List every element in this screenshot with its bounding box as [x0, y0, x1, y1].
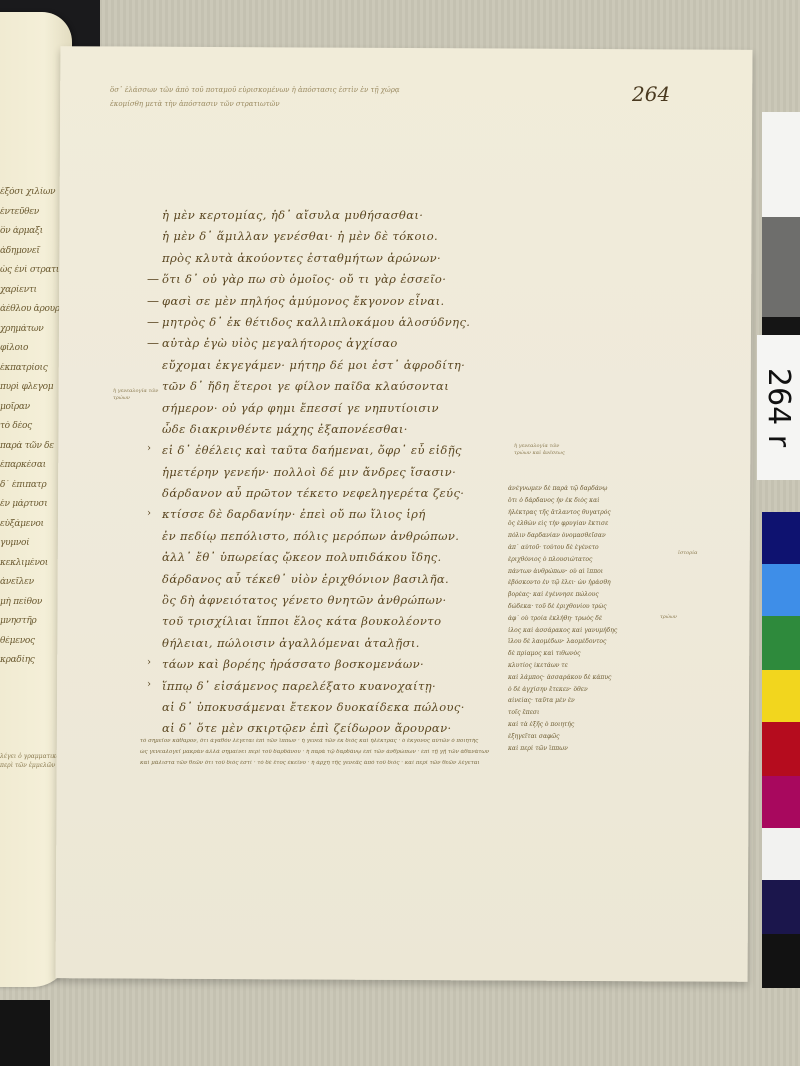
commentary-line: ἀπ᾽ αὐτοῦ· τούτου δὲ ἐγένετο — [508, 544, 648, 556]
main-text-block: ἠ μὲν κερτομίας, ἠδ᾽ αἴσυλα μυθήσασθαι·ἡ… — [162, 208, 502, 743]
swatch-mid-gray — [762, 217, 800, 317]
bottom-marginal-notes: τὸ σημεῖον κάθαρον, ὅτι ἀγαθὸν λέγεται ἐ… — [140, 738, 660, 771]
main-text-line: πρὸς κλυτὰ ἀκούοντες ἐσταθμήτων ἀρώνων· — [162, 251, 502, 272]
main-text-line: ἐν πεδίῳ πεπόλιστο, πόλις μερόπων ἀνθρώπ… — [162, 529, 502, 550]
left-margin-note: ἡ γενεαλογία τῶν τρώων — [113, 388, 161, 402]
commentary-line: ὅτι ὁ δάρδανος ἦν ἐκ διὸς καὶ — [508, 497, 648, 509]
bottom-note-line: καὶ μάλιστα τῶν θεῶν ὅτι τοῦ διὸς ἐστὶ ·… — [140, 760, 660, 771]
dark-background-bottom — [0, 1000, 50, 1066]
main-text-line: τῶν δ᾽ ἤδη ἕτεροι γε φίλον παῖδα κλαύσον… — [162, 379, 502, 400]
swatch-navy — [762, 512, 800, 564]
commentary-line: ἐριχθόνιος ὁ πλουσιώτατος — [508, 556, 648, 568]
right-margin-note-small: ἡ γενεαλογία τῶν τρώων καὶ ἀνέσεως — [514, 443, 574, 457]
right-far-note-1: ἱστορία — [678, 550, 697, 556]
arrow-mark-icon: › — [147, 508, 151, 519]
commentary-line: δὲ πρίαμος καὶ τιθωνὸς — [508, 650, 648, 662]
commentary-line: ἶλος καὶ ἀσσάρακος καὶ γανυμήδης — [508, 627, 648, 639]
main-text-line: ὅτι δ᾽ οὐ γὰρ πω σὺ ὁμοῖος· οὔ τι γὰρ ἐσ… — [162, 272, 502, 293]
main-text-line: ἠ μὲν κερτομίας, ἠδ᾽ αἴσυλα μυθήσασθαι· — [162, 208, 502, 229]
main-text-line: δάρδανος αὖ τέκεθ᾽ υἱὸν ἐριχθόνιον βασιλ… — [162, 572, 502, 593]
commentary-line: καὶ τὰ ἑξῆς ὁ ποιητής — [508, 721, 648, 733]
dash-mark-icon: — — [147, 272, 159, 286]
swatch-black-2 — [762, 934, 800, 988]
commentary-line: πάντων ἀνθρώπων· οὗ αἱ ἵπποι — [508, 568, 648, 580]
main-text-line: φασὶ σε μὲν πηλήος ἀμύμονος ἔκγονον εἶνα… — [162, 294, 502, 315]
bottom-note-line: τὸ σημεῖον κάθαρον, ὅτι ἀγαθὸν λέγεται ἐ… — [140, 738, 660, 749]
swatch-dark-indigo — [762, 880, 800, 934]
commentary-line: ἀφ᾽ οὗ τροία ἐκλήθη· τρωὸς δὲ — [508, 615, 648, 627]
swatch-white — [762, 112, 800, 217]
main-text-line: εἰ δ᾽ ἐθέλεις καὶ ταῦτα δαήμεναι, ὄφρ᾽ ε… — [162, 443, 502, 464]
main-text-line: σήμερον· οὐ γάρ φημι ἔπεσσί γε νηπυτίοισ… — [162, 401, 502, 422]
main-text-line: τοῦ τρισχίλιαι ἵπποι ἕλος κάτα βουκολέον… — [162, 614, 502, 635]
commentary-line: βορέας· καὶ ἐγέννησε πώλους — [508, 591, 648, 603]
dash-mark-icon: — — [147, 294, 159, 308]
main-text-line: δάρδανον αὖ πρῶτον τέκετο νεφεληγερέτα ζ… — [162, 486, 502, 507]
right-far-note-2: τρώων — [660, 614, 677, 620]
commentary-line: καὶ λάμπος· ἀσσαράκου δὲ κάπυς — [508, 674, 648, 686]
main-text-line: ὃς δὴ ἀφνειότατος γένετο θνητῶν ἀνθρώπων… — [162, 593, 502, 614]
main-text-line: ἡ μὲν δ᾽ ἅμιλλαν γενέσθαι· ἡ μὲν δὲ τόκο… — [162, 229, 502, 250]
main-text-line: κτίσσε δὲ δαρδανίην· ἐπεὶ οὔ πω ἴλιος ἱρ… — [162, 507, 502, 528]
swatch-magenta — [762, 776, 800, 828]
swatch-green — [762, 616, 800, 670]
main-text-line: ἀλλ᾽ ἔθ᾽ ὑπωρείας ᾤκεον πολυπιδάκου ἴδης… — [162, 550, 502, 571]
commentary-line: τοῖς ἔπεσι — [508, 709, 648, 721]
arrow-mark-icon: › — [147, 657, 151, 668]
commentary-line: ὁ δὲ ἀγχίσην ἔτεκεν· ὅθεν — [508, 686, 648, 698]
commentary-line: δώδεκα· τοῦ δὲ ἐριχθονίου τρὼς — [508, 603, 648, 615]
swatch-white-2 — [762, 828, 800, 880]
folio-label: 264 r — [761, 368, 796, 447]
folio-label-card: 264 r — [757, 335, 800, 480]
dash-mark-icon: — — [147, 315, 159, 329]
commentary-line: ὃς ἐλθὼν εἰς τὴν φρυγίαν ἔκτισε — [508, 520, 648, 532]
commentary-line: ἀνέγνωμεν δὲ παρὰ τῷ δαρδάνῳ — [508, 485, 648, 497]
main-text-line: αἱ δ᾽ ὑποκυσάμεναι ἔτεκον δυοκαίδεκα πώλ… — [162, 700, 502, 721]
header-note-1: ὅσ᾽ ἐλάσσων τῶν ἀπὸ τοῦ ποταμοῦ εὑρισκομ… — [110, 86, 630, 94]
arrow-mark-icon: › — [147, 443, 151, 454]
swatch-sky-blue — [762, 564, 800, 616]
main-text-line: αὐτὰρ ἐγὼ υἱὸς μεγαλήτορος ἀγχίσαο — [162, 336, 502, 357]
arrow-mark-icon: › — [147, 679, 151, 690]
commentary-line: αἰνείας· ταῦτα μὲν ἐν — [508, 697, 648, 709]
main-text-line: ὧδε διακρινθέντε μάχης ἐξαπονέεσθαι· — [162, 422, 502, 443]
dash-mark-icon: — — [147, 336, 159, 350]
main-text-line: εὔχομαι ἐκγεγάμεν· μήτηρ δέ μοι ἐστ᾽ ἀφρ… — [162, 358, 502, 379]
bottom-note-line: ὡς γενεαλογεῖ μακρὰν ἀλλὰ σημαίνει περὶ … — [140, 749, 660, 760]
main-text-line: ἡμετέρην γενεήν· πολλοὶ δέ μιν ἄνδρες ἴσ… — [162, 465, 502, 486]
header-note-2: ἐκομίσθη μετὰ τὴν ἀπόστασιν τῶν στρατιωτ… — [110, 100, 630, 108]
main-text-line: θήλειαι, πώλοισιν ἀγαλλόμεναι ἀταλῇσι. — [162, 636, 502, 657]
swatch-red — [762, 722, 800, 776]
swatch-yellow — [762, 670, 800, 722]
commentary-line: ἴλου δὲ λαομέδων· λαομέδοντος — [508, 638, 648, 650]
main-text-line: τάων καὶ βορέης ἠράσσατο βοσκομενάων· — [162, 657, 502, 678]
main-text-line: μητρὸς δ᾽ ἐκ θέτιδος καλλιπλοκάμου ἁλοσύ… — [162, 315, 502, 336]
main-text-line: ἵππῳ δ᾽ εἰσάμενος παρελέξατο κυανοχαίτῃ· — [162, 679, 502, 700]
commentary-line: κλυτίος ἱκετάων τε — [508, 662, 648, 674]
commentary-line: ἐβόσκοντο ἐν τῷ ἕλει· ὧν ἠράσθη — [508, 579, 648, 591]
commentary-line: ἠλέκτρας τῆς ἄτλαντος θυγατρός — [508, 509, 648, 521]
commentary-line: πόλιν δαρδανίαν ὀνομασθεῖσαν — [508, 532, 648, 544]
marginal-commentary: ἀνέγνωμεν δὲ παρὰ τῷ δαρδάνῳὅτι ὁ δάρδαν… — [508, 485, 648, 756]
folio-number: 264 — [632, 82, 670, 106]
swatch-black — [762, 317, 800, 335]
